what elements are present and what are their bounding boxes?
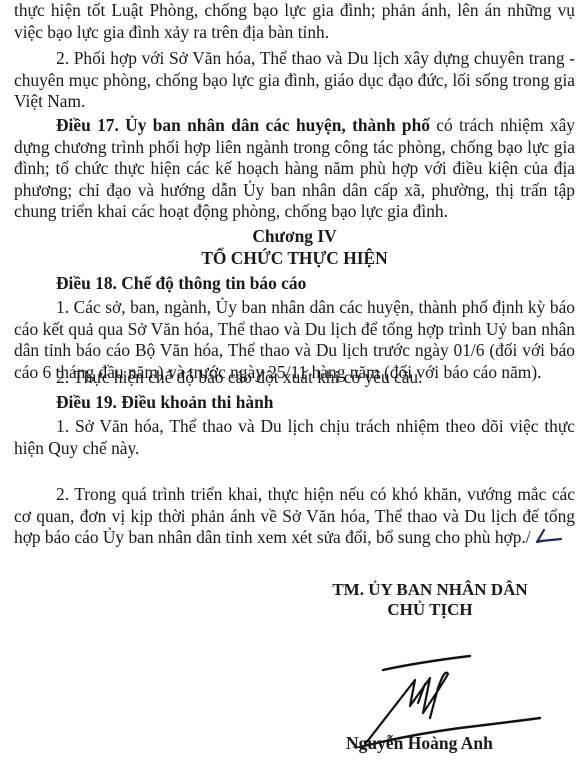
article-19-title: Điều 19. Điều khoản thi hành [14, 392, 575, 414]
chapter-name: TỔ CHỨC THỰC HIỆN [14, 248, 575, 270]
on-behalf-label: TM. ỦY BAN NHÂN DÂN [300, 580, 560, 600]
article-18-title: Điều 18. Chế độ thông tin báo cáo [14, 273, 575, 295]
article-19-clause-2-text: 2. Trong quá trình triển khai, thực hiện… [14, 484, 575, 547]
signature-block: TM. ỦY BAN NHÂN DÂN CHỦ TỊCH [300, 580, 560, 620]
article-19-clause-1: 1. Sở Văn hóa, Thể thao và Du lịch chịu … [14, 416, 575, 459]
signer-name: Nguyễn Hoàng Anh [346, 733, 493, 754]
position-label: CHỦ TỊCH [300, 600, 560, 620]
handwritten-signature-icon [280, 618, 580, 748]
article-19-clause-2: 2. Trong quá trình triển khai, thực hiện… [14, 484, 575, 549]
article-17: Điều 17. Ủy ban nhân dân các huyện, thàn… [14, 115, 575, 223]
chapter-number: Chương IV [14, 226, 575, 248]
paragraph-continuation: thực hiện tốt Luật Phòng, chống bạo lực … [14, 0, 575, 43]
closing-mark-icon [533, 528, 563, 546]
paragraph-clause-2: 2. Phối hợp với Sở Văn hóa, Thể thao và … [14, 48, 575, 113]
article-18-clause-2: 2. Thực hiện chế độ báo cáo đột xuất khi… [14, 367, 575, 389]
article-17-title: Điều 17. Ủy ban nhân dân các huyện, thàn… [56, 115, 430, 135]
